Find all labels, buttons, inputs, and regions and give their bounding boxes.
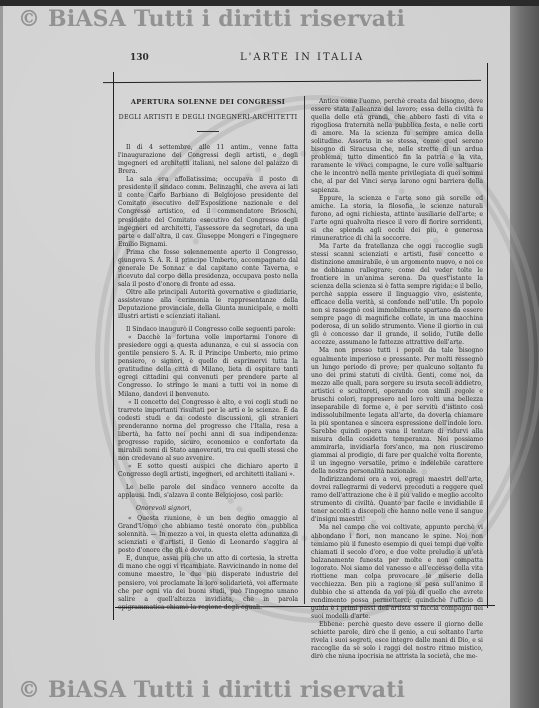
- article-subheading: DEGLI ARTISTI E DEGLI INGEGNERI-ARCHITET…: [118, 114, 298, 122]
- paragraph: Ma nel campo che voi coltivate, appunto …: [311, 524, 483, 621]
- page-number: 130: [130, 53, 149, 63]
- right-column: Antica come l'uomo, perchè creata dal bi…: [311, 98, 483, 661]
- watermark-bottom: © BiASA Tutti i diritti riservati: [18, 677, 405, 703]
- paragraph: « E sotto questi auspici che dichiaro ap…: [118, 463, 298, 479]
- paragraph: « Il concetto del Congresso è alto, e vo…: [118, 399, 298, 463]
- scan-right-edge: [510, 6, 539, 708]
- paragraph: Eppure, la scienza e l'arte sono già sor…: [311, 195, 483, 243]
- paragraph: Ma l'arte da fratellanza che oggi raccog…: [311, 243, 483, 348]
- scan-left-edge: [0, 6, 3, 708]
- paragraph: Ebbene: perchè questo deve essere il gio…: [311, 621, 483, 661]
- right-column-rule: [487, 63, 488, 608]
- column-divider: [304, 96, 305, 604]
- paragraph: Ma non presso tutti i popoli da tale bis…: [311, 347, 483, 476]
- journal-title: L'ARTE IN ITALIA: [240, 52, 364, 63]
- paragraph: « Dacchè la fortuna volle importarmi l'o…: [118, 334, 298, 398]
- article-heading: APERTURA SOLENNE DEI CONGRESSI: [118, 98, 298, 106]
- running-header: 130 L'ARTE IN ITALIA: [0, 53, 539, 69]
- paragraph: E, dunque, assai più che un atto di cort…: [118, 555, 298, 611]
- paragraph: Il dì 4 settembre, alle 11 antim., venne…: [118, 144, 298, 176]
- paragraph: Antica come l'uomo, perchè creata dal bi…: [311, 98, 483, 195]
- salutation: Onorevoli signori,: [136, 505, 298, 513]
- paragraph: Oltre alle principali Autorità governati…: [118, 289, 298, 321]
- paragraph: Prima che fosse solennemente aperto il C…: [118, 249, 298, 289]
- paragraph: Il Sindaco inaugurò il Congresso colle s…: [118, 326, 298, 334]
- watermark-top: © BiASA Tutti i diritti riservati: [18, 6, 405, 32]
- left-column-rule: [113, 72, 114, 620]
- left-column-paragraphs: Il dì 4 settembre, alle 11 antim., venne…: [118, 144, 298, 612]
- paragraph: La sala era affollatissima; occupava il …: [118, 176, 298, 248]
- paragraph: Le belle parole del sindaco vennero acco…: [118, 484, 298, 500]
- paragraph: Indirizzandomi ora a voi, egregi maestri…: [311, 476, 483, 524]
- heading-divider: [197, 131, 219, 132]
- right-column-paragraphs: Antica come l'uomo, perchè creata dal bi…: [311, 98, 483, 661]
- paragraph: « Questa riunione, è un ben degno omaggi…: [118, 515, 298, 555]
- left-column: APERTURA SOLENNE DEI CONGRESSI DEGLI ART…: [118, 98, 298, 612]
